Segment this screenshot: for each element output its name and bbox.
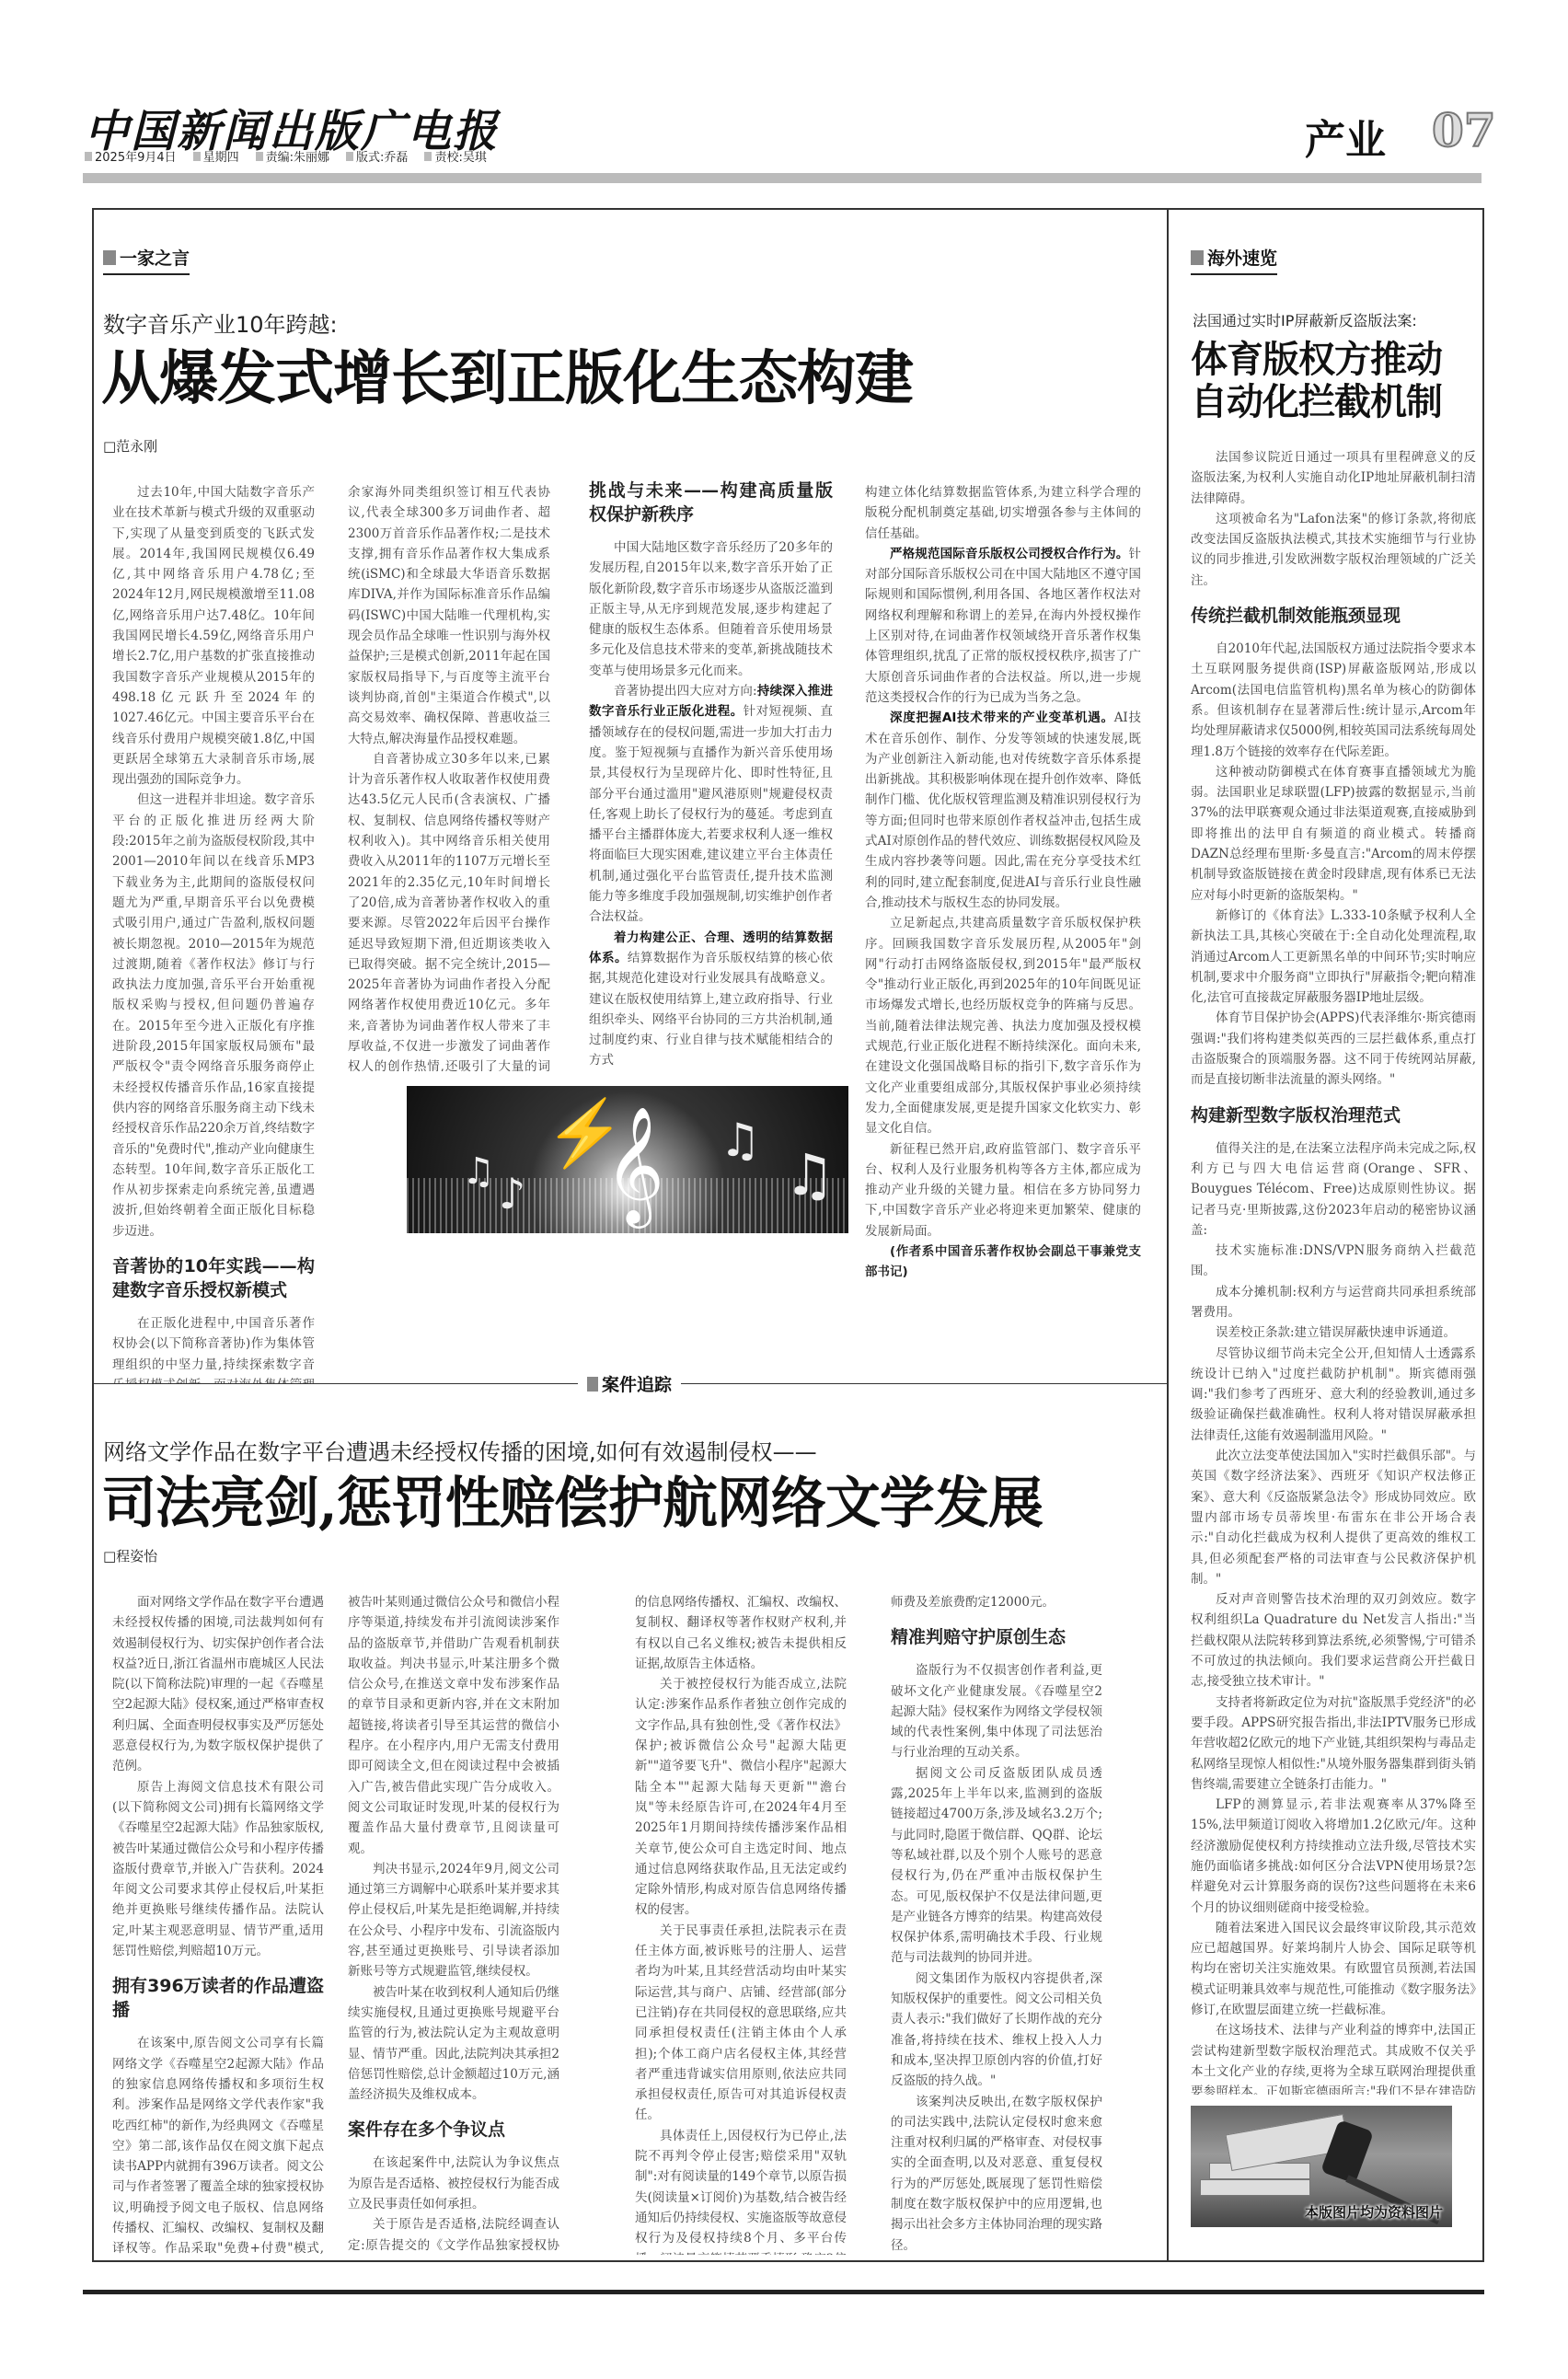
square-bullet-icon: [1191, 250, 1204, 265]
square-bullet-icon: [587, 1377, 598, 1392]
section-tag-case: 案件追踪: [92, 1371, 1167, 1396]
article1-column-4: 构建立体化结算数据监管体系,为建立科学合理的版税分配机制奠定基础,切实增强各参与…: [865, 482, 1141, 1329]
music-illustration: ⚡ 𝄞 ♫ ♪ ♫ ♫: [407, 1086, 848, 1233]
article3-column-2: 被告叶某则通过微信公众号和微信小程序等渠道,持续发布并引流阅读涉案作品的盗版章节…: [348, 1592, 559, 2255]
column-divider: [1167, 208, 1169, 2262]
article1-headline: 从爆发式增长到正版化生态构建: [101, 342, 913, 416]
article3-column-3: 的信息网络传播权、汇编权、改编权、复制权、翻译权等著作权财产权利,并有权以自己名…: [635, 1592, 847, 2255]
article1-column-3: 挑战与未来——构建高质量版权保护新秩序 中国大陆地区数字音乐经历了20多年的发展…: [589, 479, 833, 1068]
subhead: 拥有396万读者的作品遭盗播: [112, 1974, 324, 2022]
subhead: 传统拦截机制效能瓶颈显现: [1191, 604, 1476, 628]
footer-rule: [83, 2290, 1484, 2294]
meta-date: 2025年9月4日: [85, 147, 177, 165]
meta-layout: 版式:乔磊: [346, 147, 408, 165]
music-note-icon: ♫: [784, 1141, 836, 1208]
square-bullet-icon: [193, 152, 201, 161]
subhead: 音著协的10年实践——构建数字音乐授权新模式: [112, 1254, 315, 1302]
meta-weekday: 星期四: [193, 147, 239, 165]
author-credit: (作者系中国音乐著作权协会副总干事兼党支部书记): [865, 1241, 1141, 1283]
article3-column-1: 面对网络文学作品在数字平台遭遇未经授权传播的困境,司法裁判如何有效遏制侵权行为、…: [112, 1592, 324, 2255]
music-note-icon: ♫: [720, 1114, 761, 1167]
section-tag-opinion: 一家之言: [103, 245, 190, 275]
article1-column-1: 过去10年,中国大陆数字音乐产业在技术革新与模式升级的双重驱动下,实现了从量变到…: [112, 482, 315, 1384]
article1-byline: □范永刚: [103, 436, 157, 456]
article2-headline: 体育版权方推动 自动化拦截机制: [1191, 339, 1442, 423]
square-bullet-icon: [346, 152, 353, 161]
issue-meta: 2025年9月4日 星期四 责编:朱丽娜 版式:乔磊 责校:吴琪: [85, 147, 487, 165]
article2-body: 法国参议院近日通过一项具有里程碑意义的反盗版法案,为权利人实施自动化IP地址屏蔽…: [1191, 447, 1476, 2095]
gavel-books-photo: 本版图片均为资料图片: [1191, 2106, 1452, 2227]
article2-kicker: 法国通过实时IP屏蔽新反盗版法案:: [1193, 309, 1417, 330]
article1-kicker: 数字音乐产业10年跨越:: [103, 306, 338, 339]
header-rule: [83, 173, 1482, 183]
subhead: 挑战与未来——构建高质量版权保护新秩序: [589, 479, 833, 526]
subhead: 精准判赔守护原创生态: [891, 1625, 1102, 1649]
meta-proofreader: 责校:吴琪: [424, 147, 486, 165]
meta-editor: 责编:朱丽娜: [256, 147, 329, 165]
section-name: 产业: [1305, 107, 1386, 166]
square-bullet-icon: [256, 152, 263, 161]
square-bullet-icon: [424, 152, 432, 161]
section-tag-overseas: 海外速览: [1191, 245, 1277, 275]
article1-column-2: 余家海外同类组织签订相互代表协议,代表全球300多万词曲作者、超2300万首音乐…: [348, 482, 550, 1071]
subhead: 构建新型数字版权治理范式: [1191, 1103, 1476, 1127]
image-caption: 本版图片均为资料图片: [1305, 2202, 1443, 2222]
article3-headline: 司法亮剑,惩罚性赔偿护航网络文学发展: [101, 1469, 1043, 1539]
article3-column-4: 师费及差旅费酌定12000元。 精准判赔守护原创生态 盗版行为不仅损害创作者利益…: [891, 1592, 1102, 2255]
music-note-icon: ♪: [499, 1169, 525, 1218]
square-bullet-icon: [103, 250, 116, 265]
treble-clef-icon: 𝄞: [605, 1114, 664, 1215]
book-shape: [1200, 2179, 1310, 2196]
article3-kicker: 网络文学作品在数字平台遭遇未经授权传播的困境,如何有效遏制侵权——: [103, 1434, 817, 1466]
music-note-icon: ♫: [462, 1150, 495, 1193]
subhead: 案件存在多个争议点: [348, 2118, 559, 2142]
article3-byline: □程姿怡: [103, 1546, 157, 1565]
page-number: 07: [1432, 103, 1496, 157]
square-bullet-icon: [85, 152, 92, 161]
